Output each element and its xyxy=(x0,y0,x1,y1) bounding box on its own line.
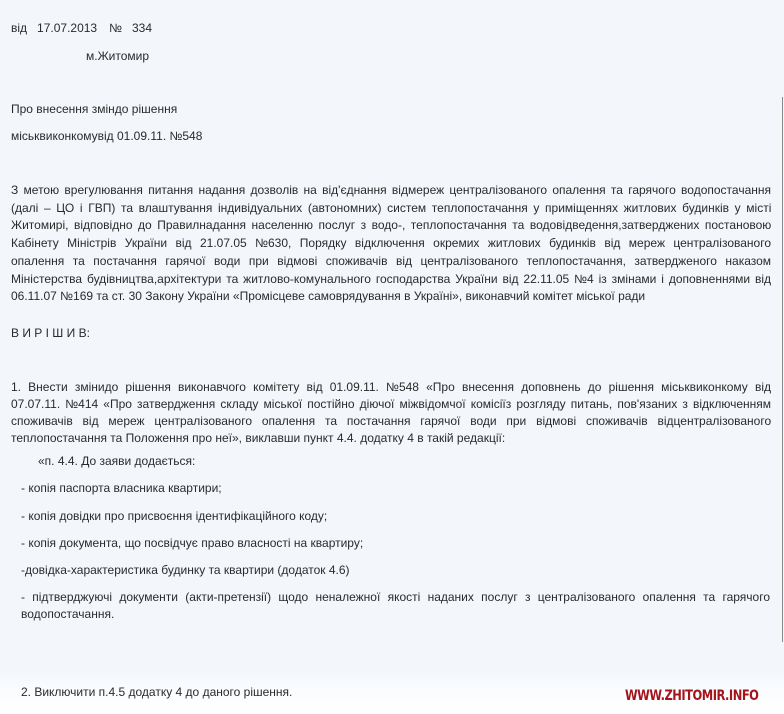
preamble-line: Міністерства будівництва,архітектури та … xyxy=(11,271,771,289)
preamble-line: (далі – ЦО і ГВП) та влаштування індивід… xyxy=(11,200,771,218)
document-date-number: від17.07.2013№334 xyxy=(11,21,152,36)
clause-last-item: - підтверджуючі документи (акти-претензі… xyxy=(21,589,770,623)
item-1-line: 07.07.11. №414 «Про затвердження складу … xyxy=(11,396,771,413)
preamble-line: Кабінету Міністрів України від 21.07.05 … xyxy=(11,235,771,253)
document-date: 17.07.2013 xyxy=(37,21,97,35)
clause-list-item: - копія паспорта власника квартири; xyxy=(21,481,222,496)
item-1-line: 1. Внести змінидо рішення виконавчого ко… xyxy=(11,379,771,396)
clause-last-item-line: - підтверджуючі документи (акти-претензі… xyxy=(21,589,770,606)
resolution-heading: В И Р І Ш И В: xyxy=(11,326,90,341)
preamble-line: 06.11.07 №169 та ст. 30 Закону України «… xyxy=(11,288,771,306)
preamble-line: опалення та постачання гарячої води при … xyxy=(11,253,771,271)
clause-heading: «п. 4.4. До заяви додається: xyxy=(38,454,195,469)
page-edge-rule xyxy=(782,97,783,642)
clause-last-item-line: водопостачання. xyxy=(21,606,770,623)
preamble-line: З метою врегулювання питання надання доз… xyxy=(11,182,771,200)
clause-list-item: - копія довідки про присвоєння ідентифік… xyxy=(21,509,327,524)
site-watermark: WWW.ZHITOMIR.INFO xyxy=(625,688,758,704)
number-sign: № xyxy=(109,21,122,35)
document-number: 334 xyxy=(132,21,152,35)
item-1-paragraph: 1. Внести змінидо рішення виконавчого ко… xyxy=(11,379,771,447)
document-title-line-2: мiськвиконкомувiд 01.09.11. №548 xyxy=(11,129,202,144)
document-city: м.Житомир xyxy=(86,49,149,64)
item-1-line: споживачів від мереж централізованого оп… xyxy=(11,413,771,430)
document-page: від17.07.2013№334 м.Житомир Про внесення… xyxy=(0,0,784,714)
date-prefix: від xyxy=(11,21,27,35)
preamble-line: Житомирі, відповідно до Правилнадання на… xyxy=(11,217,771,235)
clause-list-item: -довідка-характеристика будинку та кварт… xyxy=(21,563,350,578)
preamble-paragraph: З метою врегулювання питання надання доз… xyxy=(11,182,771,306)
item-1-line: теплопостачання та Положення про неї», в… xyxy=(11,430,771,447)
clause-list-item: - копія документа, що посвідчує право вл… xyxy=(21,536,363,551)
document-title-line-1: Про внесення змiндо рiшення xyxy=(11,102,177,117)
item-2: 2. Виключити п.4.5 додатку 4 до даного р… xyxy=(21,685,292,700)
